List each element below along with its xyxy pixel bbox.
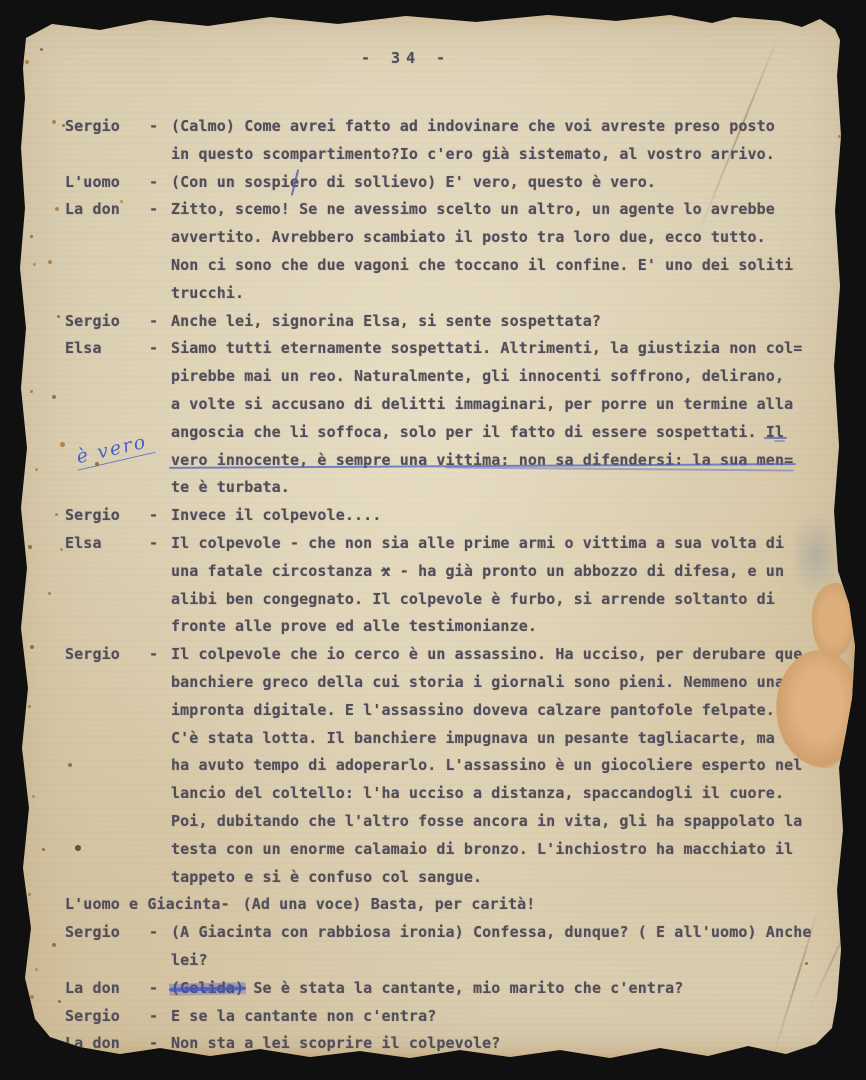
- dialogue-text: Siamo tutti eternamente sospettati. Altr…: [171, 335, 832, 502]
- speaker-name: La don: [65, 975, 149, 1003]
- dialogue-dash: -: [149, 308, 171, 336]
- dialogue-line: ha avuto tempo di adoperarlo. L'assassin…: [171, 752, 832, 780]
- dialogue-row: La don-Zitto, scemo! Se ne avessimo scel…: [65, 196, 832, 307]
- paper-speck: [846, 305, 849, 308]
- dialogue-row: Sergio-Invece il colpevole....: [65, 502, 832, 530]
- dialogue-row: La don-Non sta a lei scoprire il colpevo…: [65, 1030, 832, 1058]
- dialogue-dash: -: [149, 113, 171, 141]
- dialogue-dash: -: [149, 919, 171, 947]
- dialogue-line: banchiere greco della cui storia i giorn…: [171, 669, 832, 697]
- dialogue-row: Elsa-Siamo tutti eternamente sospettati.…: [65, 335, 832, 502]
- dialogue-text: (Ad una voce) Basta, per carità!: [243, 891, 832, 919]
- text-segment: avvertito. Avrebbero scambiato il posto …: [171, 228, 766, 246]
- text-segment: e: [290, 173, 299, 191]
- dialogue-dash: -: [149, 530, 171, 558]
- dialogue-text: Invece il colpevole....: [171, 502, 832, 530]
- dialogue-line: Anche lei, signorina Elsa, si sente sosp…: [171, 308, 832, 336]
- speaker-name: La don: [65, 196, 149, 224]
- text-segment: lei?: [171, 951, 208, 969]
- speaker-name: Sergio: [65, 502, 149, 530]
- dialogue-line: a volte si accusano di delitti immaginar…: [171, 391, 832, 419]
- paper-speck: [62, 124, 65, 127]
- dialogue-line: impronta digitale. E l'assassino doveva …: [171, 697, 832, 725]
- dialogue-dash: -: [221, 891, 243, 919]
- text-segment: banchiere greco della cui storia i giorn…: [171, 673, 784, 691]
- dialogue-text: (A Giacinta con rabbiosa ironia) Confess…: [171, 919, 832, 975]
- paper-edge-right: [843, 6, 858, 1062]
- paper-speck: [95, 462, 99, 466]
- dialogue-text: Zitto, scemo! Se ne avessimo scelto un a…: [171, 196, 832, 307]
- paper-speck: [805, 962, 808, 965]
- dialogue-dash: -: [149, 975, 171, 1003]
- text-segment: tappeto e si è confuso col sangue.: [171, 868, 482, 886]
- paper-speck: [40, 48, 43, 51]
- dialogue-row: L'uomo-(Con un sospiero di sollievo) E' …: [65, 169, 832, 197]
- text-segment: alibi ben congegnato. Il colpevole è fur…: [171, 590, 775, 608]
- text-segment: una fatale circostanza: [171, 562, 381, 580]
- dialogue-text: Il colpevole - che non sia alle prime ar…: [171, 530, 832, 641]
- dialogue-text: Il colpevole che io cerco è un assassino…: [171, 641, 832, 891]
- paper-speck: [55, 513, 58, 516]
- paper-speck: [57, 315, 60, 318]
- dialogue-line: testa con un enorme calamaio di bronzo. …: [171, 836, 832, 864]
- dialogue-line: (A Giacinta con rabbiosa ironia) Confess…: [171, 919, 832, 947]
- text-segment: angoscia che li soffoca, solo per il fat…: [171, 423, 766, 441]
- text-segment: impronta digitale. E l'assassino doveva …: [171, 701, 775, 719]
- dialogue-line: Zitto, scemo! Se ne avessimo scelto un a…: [171, 196, 832, 224]
- paper-speck: [30, 645, 34, 649]
- text-segment: Siamo tutti eternamente sospettati. Altr…: [171, 339, 802, 357]
- speaker-name: L'uomo e Giacinta: [65, 891, 221, 919]
- dialogue-line: (Con un sospiero di sollievo) E' vero, q…: [171, 169, 832, 197]
- text-segment: (Con un sospi: [171, 173, 290, 191]
- paper-speck: [842, 835, 845, 838]
- text-segment: (A Giacinta con rabbiosa ironia) Confess…: [171, 923, 812, 941]
- dialogue-line: pirebbe mai un reo. Naturalmente, gli in…: [171, 363, 832, 391]
- paper-speck: [30, 995, 34, 999]
- text-segment: in questo scompartimento?Io c'ero già si…: [171, 145, 775, 163]
- text-segment: pirebbe mai un reo. Naturalmente, gli in…: [171, 367, 784, 385]
- dialogue-line: trucchi.: [171, 280, 832, 308]
- text-segment: ha avuto tempo di adoperarlo. L'assassin…: [171, 756, 802, 774]
- dialogue-line: (Calmo) Come avrei fatto ad indovinare c…: [171, 113, 832, 141]
- paper-speck: [35, 968, 38, 971]
- dialogue-line: Siamo tutti eternamente sospettati. Altr…: [171, 335, 832, 363]
- dialogue-line: fronte alle prove ed alle testimonianze.: [171, 613, 832, 641]
- text-segment: testa con un enorme calamaio di bronzo. …: [171, 840, 793, 858]
- dialogue-line: Non ci sono che due vagoni che toccano i…: [171, 252, 832, 280]
- dialogue-line: avvertito. Avrebbero scambiato il posto …: [171, 224, 832, 252]
- text-segment: Il colpevole - che non sia alle prime ar…: [171, 534, 784, 552]
- dialogue-line: (Gelida) Se è stata la cantante, mio mar…: [171, 975, 832, 1003]
- dialogue-line: vero innocente, è sempre una vittima: no…: [171, 447, 832, 475]
- paper-speck: [60, 442, 65, 447]
- text-segment: Non sta a lei scoprire il colpevole?: [171, 1034, 500, 1052]
- paper-speck: [30, 390, 33, 393]
- paper-speck: [35, 468, 38, 471]
- speaker-name: L'uomo: [65, 169, 149, 197]
- dialogue-dash: -: [149, 641, 171, 669]
- speaker-name: La don: [65, 1030, 149, 1058]
- page-content: - 34 - Sergio-(Calmo) Come avrei fatto a…: [8, 6, 858, 1062]
- dialogue-line: lancio del coltello: l'ha ucciso a dista…: [171, 780, 832, 808]
- dialogue-line: tappeto e si è confuso col sangue.: [171, 864, 832, 892]
- dialogue-text: (Calmo) Come avrei fatto ad indovinare c…: [171, 113, 832, 169]
- paper-speck: [18, 90, 21, 93]
- speaker-name: Sergio: [65, 113, 149, 141]
- dialogue-line: Il colpevole - che non sia alle prime ar…: [171, 530, 832, 558]
- dialogue-row: Sergio-Il colpevole che io cerco è un as…: [65, 641, 832, 891]
- dialogue-row: La don-(Gelida) Se è stata la cantante, …: [65, 975, 832, 1003]
- text-segment: - ha già pronto un abbozzo di difesa, e …: [391, 562, 784, 580]
- dialogue-dash: -: [149, 1030, 171, 1058]
- text-segment: Zitto, scemo! Se ne avessimo scelto un a…: [171, 200, 775, 218]
- dialogue-row: Sergio-E se la cantante non c'entra?: [65, 1003, 832, 1031]
- text-segment: lancio del coltello: l'ha ucciso a dista…: [171, 784, 784, 802]
- text-segment: Invece il colpevole....: [171, 506, 381, 524]
- paper-speck: [75, 845, 81, 851]
- speaker-name: Sergio: [65, 1003, 149, 1031]
- text-segment: Il colpevole che io cerco è un assassino…: [171, 645, 802, 663]
- dialogue-row: Elsa-Il colpevole - che non sia alle pri…: [65, 530, 832, 641]
- text-segment: x: [381, 562, 390, 580]
- paper-speck: [42, 848, 45, 851]
- text-segment: (Calmo) Come avrei fatto ad indovinare c…: [171, 117, 775, 135]
- dialogue-line: C'è stata lotta. Il banchiere impugnava …: [171, 725, 832, 753]
- paper-speck: [838, 135, 841, 138]
- text-segment: Il: [766, 423, 784, 441]
- dialogue-line: angoscia che li soffoca, solo per il fat…: [171, 419, 832, 447]
- dialogue-line: Invece il colpevole....: [171, 502, 832, 530]
- text-segment: Non ci sono che due vagoni che toccano i…: [171, 256, 793, 274]
- dialogue-text: Non sta a lei scoprire il colpevole?: [171, 1030, 832, 1058]
- text-segment: Anche lei, signorina Elsa, si sente sosp…: [171, 312, 601, 330]
- speaker-name: Sergio: [65, 308, 149, 336]
- paper-speck: [52, 395, 56, 399]
- text-segment: vero innocente, è sempre una vittima: no…: [171, 451, 793, 469]
- text-segment: ro di sollievo) E' vero, questo è vero.: [299, 173, 656, 191]
- dialogue-line: Poi, dubitando che l'altro fosse ancora …: [171, 808, 832, 836]
- dialogue-line: Il colpevole che io cerco è un assassino…: [171, 641, 832, 669]
- dialogue-row: L'uomo e Giacinta-(Ad una voce) Basta, p…: [65, 891, 832, 919]
- text-segment: (Gelida): [171, 979, 244, 997]
- paper-speck: [25, 60, 29, 64]
- text-segment: Poi, dubitando che l'altro fosse ancora …: [171, 812, 802, 830]
- speaker-name: Elsa: [65, 335, 149, 363]
- dialogue-line: alibi ben congegnato. Il colpevole è fur…: [171, 586, 832, 614]
- text-segment: C'è stata lotta. Il banchiere impugnava …: [171, 729, 812, 747]
- dialogue-list: Sergio-(Calmo) Come avrei fatto ad indov…: [65, 113, 832, 1058]
- paper-speck: [52, 120, 56, 124]
- text-segment: Se è stata la cantante, mio marito che c…: [244, 979, 683, 997]
- text-segment: fronte alle prove ed alle testimonianze.: [171, 617, 537, 635]
- torn-patch: [812, 583, 854, 657]
- paper-speck: [68, 763, 72, 767]
- dialogue-dash: -: [149, 502, 171, 530]
- dialogue-line: una fatale circostanza x - ha già pronto…: [171, 558, 832, 586]
- paper-speck: [58, 1000, 61, 1003]
- paper-speck: [30, 235, 33, 238]
- dialogue-row: Sergio-(A Giacinta con rabbiosa ironia) …: [65, 919, 832, 975]
- photo-background: - 34 - Sergio-(Calmo) Come avrei fatto a…: [0, 0, 866, 1080]
- paper-speck: [48, 592, 51, 595]
- text-segment: a volte si accusano di delitti immaginar…: [171, 395, 793, 413]
- dialogue-text: Anche lei, signorina Elsa, si sente sosp…: [171, 308, 832, 336]
- dialogue-dash: -: [149, 1003, 171, 1031]
- dialogue-dash: -: [149, 196, 171, 224]
- paper-speck: [48, 260, 52, 264]
- dialogue-row: Sergio-(Calmo) Come avrei fatto ad indov…: [65, 113, 832, 169]
- text-segment: (Ad una voce) Basta, per carità!: [243, 895, 536, 913]
- dialogue-line: te è turbata.: [171, 474, 832, 502]
- dialogue-dash: -: [149, 335, 171, 363]
- dialogue-text: (Gelida) Se è stata la cantante, mio mar…: [171, 975, 832, 1003]
- paper-speck: [55, 207, 59, 211]
- dialogue-line: E se la cantante non c'entra?: [171, 1003, 832, 1031]
- speaker-name: Elsa: [65, 530, 149, 558]
- dialogue-line: in questo scompartimento?Io c'ero già si…: [171, 141, 832, 169]
- paper-speck: [32, 795, 35, 798]
- text-segment: te è turbata.: [171, 478, 290, 496]
- dialogue-line: lei?: [171, 947, 832, 975]
- speaker-name: Sergio: [65, 641, 149, 669]
- paper-speck: [28, 545, 32, 549]
- text-segment: E se la cantante non c'entra?: [171, 1007, 436, 1025]
- speaker-name: Sergio: [65, 919, 149, 947]
- dialogue-text: (Con un sospiero di sollievo) E' vero, q…: [171, 169, 832, 197]
- dialogue-line: Non sta a lei scoprire il colpevole?: [171, 1030, 832, 1058]
- paper-speck: [120, 200, 123, 203]
- dialogue-dash: -: [149, 169, 171, 197]
- paper-speck: [60, 548, 63, 551]
- dialogue-line: (Ad una voce) Basta, per carità!: [243, 891, 832, 919]
- paper-speck: [28, 705, 31, 708]
- page-number: - 34 -: [361, 48, 832, 69]
- paper-speck: [52, 943, 56, 947]
- paper-speck: [28, 893, 31, 896]
- paper-speck: [33, 263, 36, 266]
- dialogue-text: E se la cantante non c'entra?: [171, 1003, 832, 1031]
- text-segment: trucchi.: [171, 284, 244, 302]
- dialogue-row: Sergio-Anche lei, signorina Elsa, si sen…: [65, 308, 832, 336]
- script-page: - 34 - Sergio-(Calmo) Come avrei fatto a…: [8, 6, 858, 1062]
- paper-edge-left: [8, 6, 20, 1062]
